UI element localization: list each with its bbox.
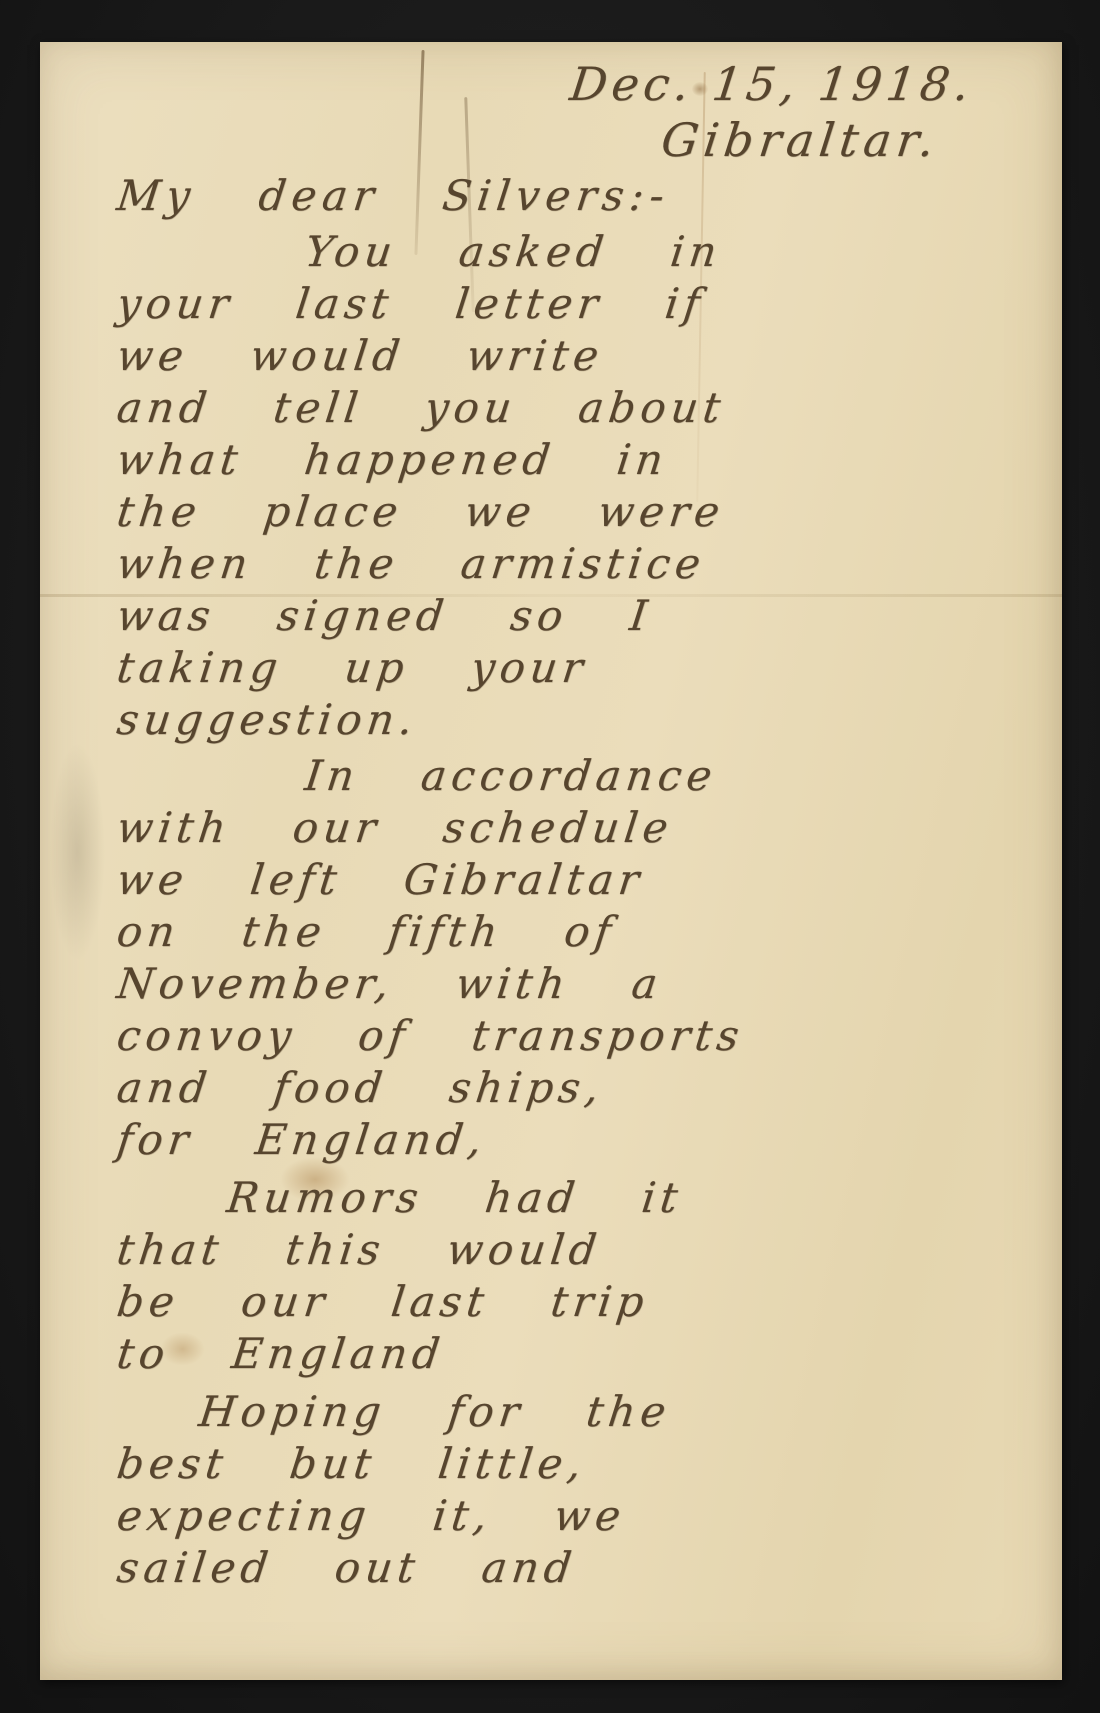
letter-line: on the fifth of: [114, 906, 1030, 958]
letter-body: My dear Silvers:- You asked in your last…: [114, 170, 1024, 1594]
letter-line: to England: [114, 1328, 1030, 1380]
letter-line: with our schedule: [114, 802, 1030, 854]
stain-mark: [50, 742, 105, 962]
letter-line: and tell you about: [114, 382, 1030, 434]
letter-line: Rumors had it: [114, 1172, 1030, 1224]
letter-line: You asked in: [114, 226, 1030, 278]
letter-line: we left Gibraltar: [114, 854, 1030, 906]
letter-line: best but little,: [114, 1438, 1030, 1490]
letter-line: that this would: [114, 1224, 1030, 1276]
letter-line: was signed so I: [114, 590, 1030, 642]
letter-line: for England,: [114, 1114, 1030, 1166]
letter-line: the place we were: [114, 486, 1030, 538]
letter-line: be our last trip: [114, 1276, 1030, 1328]
letter-page: Dec. 15, 1918. Gibraltar. My dear Silver…: [40, 42, 1062, 1680]
letter-line: when the armistice: [114, 538, 1030, 590]
salutation: My dear Silvers:-: [114, 170, 1030, 222]
letter-line: suggestion.: [114, 694, 1030, 746]
letter-line: expecting it, we: [114, 1490, 1030, 1542]
letter-line: sailed out and: [114, 1542, 1030, 1594]
dateline: Dec. 15, 1918. Gibraltar.: [567, 56, 970, 168]
letter-line: November, with a: [114, 958, 1030, 1010]
letter-line: what happened in: [114, 434, 1030, 486]
letter-line: Hoping for the: [114, 1386, 1030, 1438]
letter-line: In accordance: [114, 750, 1030, 802]
letter-line: convoy of transports: [114, 1010, 1030, 1062]
letter-place: Gibraltar.: [567, 112, 943, 168]
letter-date: Dec. 15, 1918.: [567, 56, 977, 112]
letter-line: your last letter if: [114, 278, 1030, 330]
letter-line: taking up your: [114, 642, 1030, 694]
letter-line: and food ships,: [114, 1062, 1030, 1114]
scan-background: Dec. 15, 1918. Gibraltar. My dear Silver…: [0, 0, 1100, 1713]
letter-line: we would write: [114, 330, 1030, 382]
